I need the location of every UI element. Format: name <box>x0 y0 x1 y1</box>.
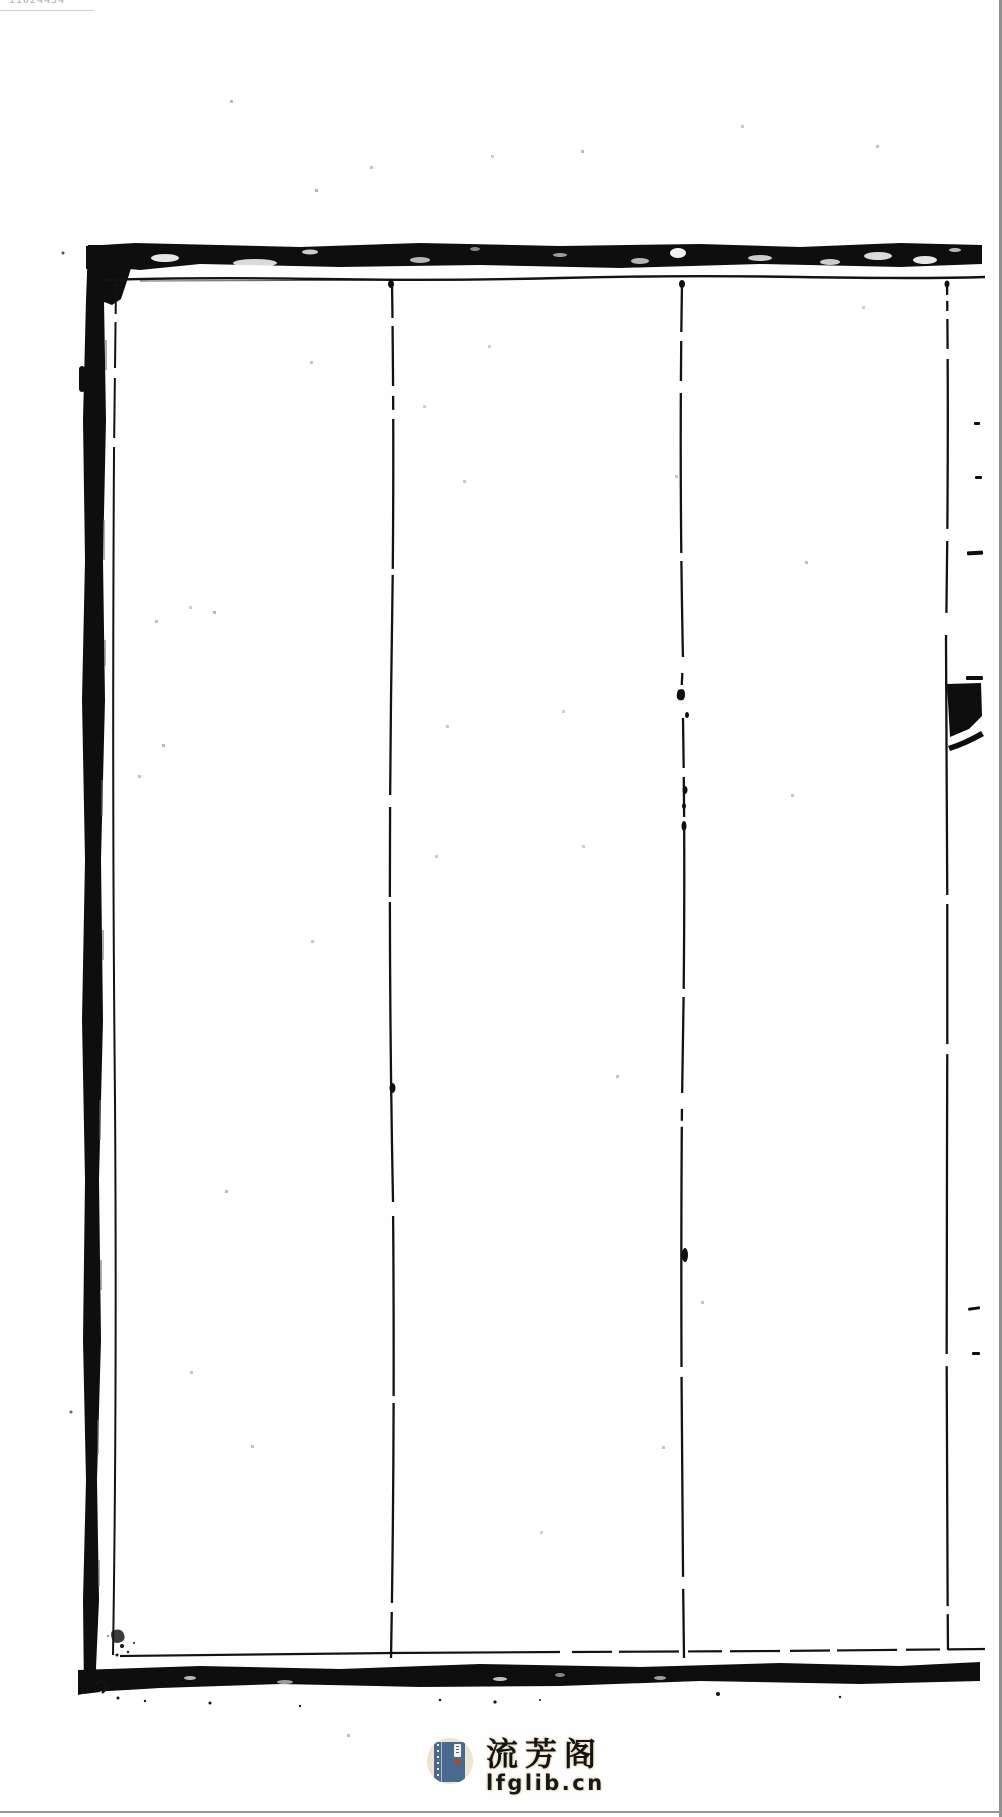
book-cover <box>434 1742 465 1782</box>
book-title-label <box>454 1744 461 1757</box>
book-spine-line <box>441 1742 442 1782</box>
watermark: 流芳阁 lfglib.cn <box>427 1738 605 1794</box>
scan-edge-bottom <box>0 1811 1002 1813</box>
watermark-site-url: lfglib.cn <box>486 1773 605 1794</box>
watermark-text: 流芳阁 lfglib.cn <box>486 1738 605 1794</box>
book-stitch-binding <box>437 1744 439 1780</box>
woodblock-frame-art <box>0 0 1002 1817</box>
scan-id: 11024434 <box>9 0 65 6</box>
book-red-seal <box>455 1759 460 1764</box>
book-logo-icon <box>427 1738 473 1784</box>
scan-artifact-line <box>0 10 94 11</box>
paper-speckles <box>0 0 1 1</box>
watermark-site-name: 流芳阁 <box>486 1738 605 1770</box>
scanned-book-page: 11024434 <box>0 0 1002 1817</box>
